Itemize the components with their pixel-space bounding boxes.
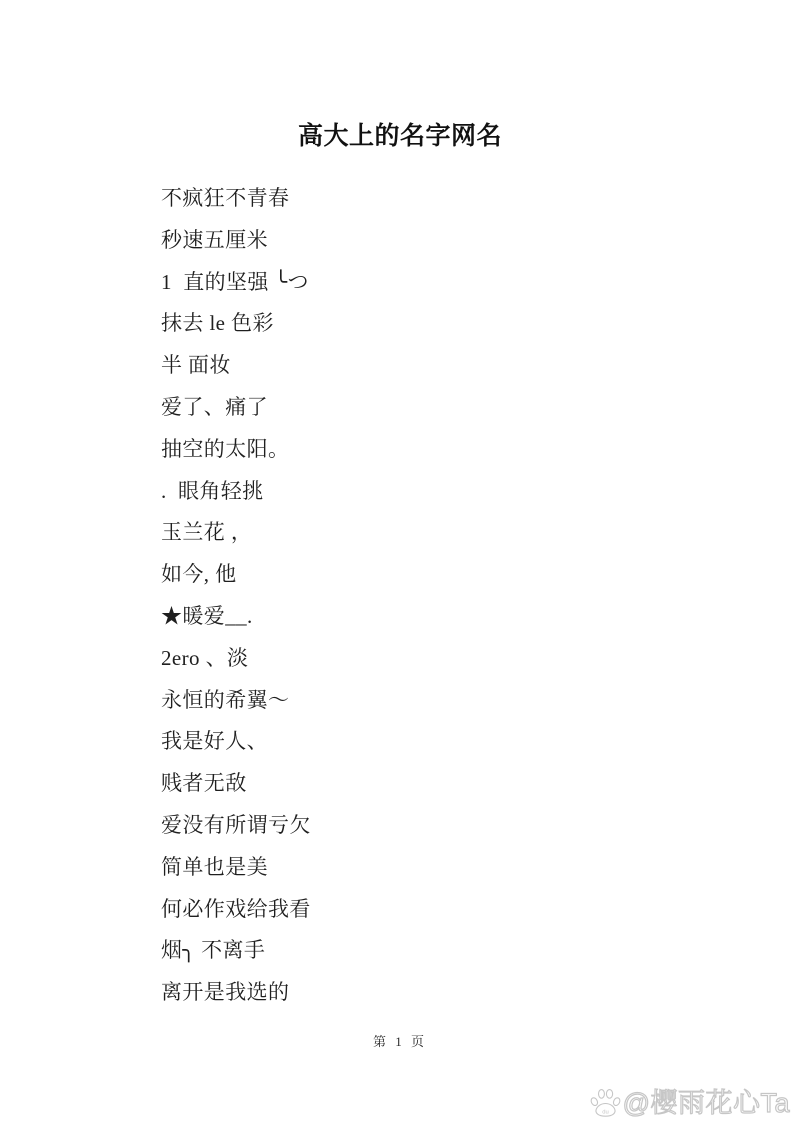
nickname-line: 1 直的坚强 ╰つ: [161, 262, 740, 304]
nickname-line: 秒速五厘米: [161, 220, 740, 262]
page-number: 第 1 页: [0, 1031, 800, 1050]
page-title: 高大上的名字网名: [0, 116, 800, 152]
nickname-line: 离开是我选的: [161, 972, 740, 1014]
watermark-text: @樱雨花心Ta: [623, 1088, 790, 1119]
nickname-list: 不疯狂不青春 秒速五厘米 1 直的坚强 ╰つ 抹去 le 色彩 半 面妆 爱了、…: [161, 178, 740, 1014]
nickname-line: . 眼角轻挑: [161, 471, 740, 513]
nickname-line: 2ero 、淡: [161, 638, 740, 680]
nickname-line: ★暖爱__.: [161, 596, 740, 638]
paw-du-label: du: [602, 1110, 609, 1116]
watermark: du @樱雨花心Ta: [590, 1088, 790, 1119]
nickname-line: 不疯狂不青春: [161, 178, 740, 220]
nickname-line: 如今, 他: [161, 554, 740, 596]
nickname-line: 玉兰花 ，: [161, 512, 740, 554]
nickname-line: 简单也是美: [161, 847, 740, 889]
nickname-line: 我是好人、: [161, 721, 740, 763]
nickname-line: 抹去 le 色彩: [161, 303, 740, 345]
nickname-line: 贱者无敌: [161, 763, 740, 805]
nickname-line: 爱了、痛了: [161, 387, 740, 429]
document-page: 高大上的名字网名 不疯狂不青春 秒速五厘米 1 直的坚强 ╰つ 抹去 le 色彩…: [0, 0, 800, 1132]
nickname-line: 烟╮ 不离手: [161, 930, 740, 972]
nickname-line: 抽空的太阳。: [161, 429, 740, 471]
nickname-line: 永恒的希翼〜: [161, 680, 740, 722]
nickname-line: 何必作戏给我看: [161, 889, 740, 931]
baidu-paw-icon: du: [590, 1088, 621, 1119]
nickname-line: 半 面妆: [161, 345, 740, 387]
nickname-line: 爱没有所谓亏欠: [161, 805, 740, 847]
